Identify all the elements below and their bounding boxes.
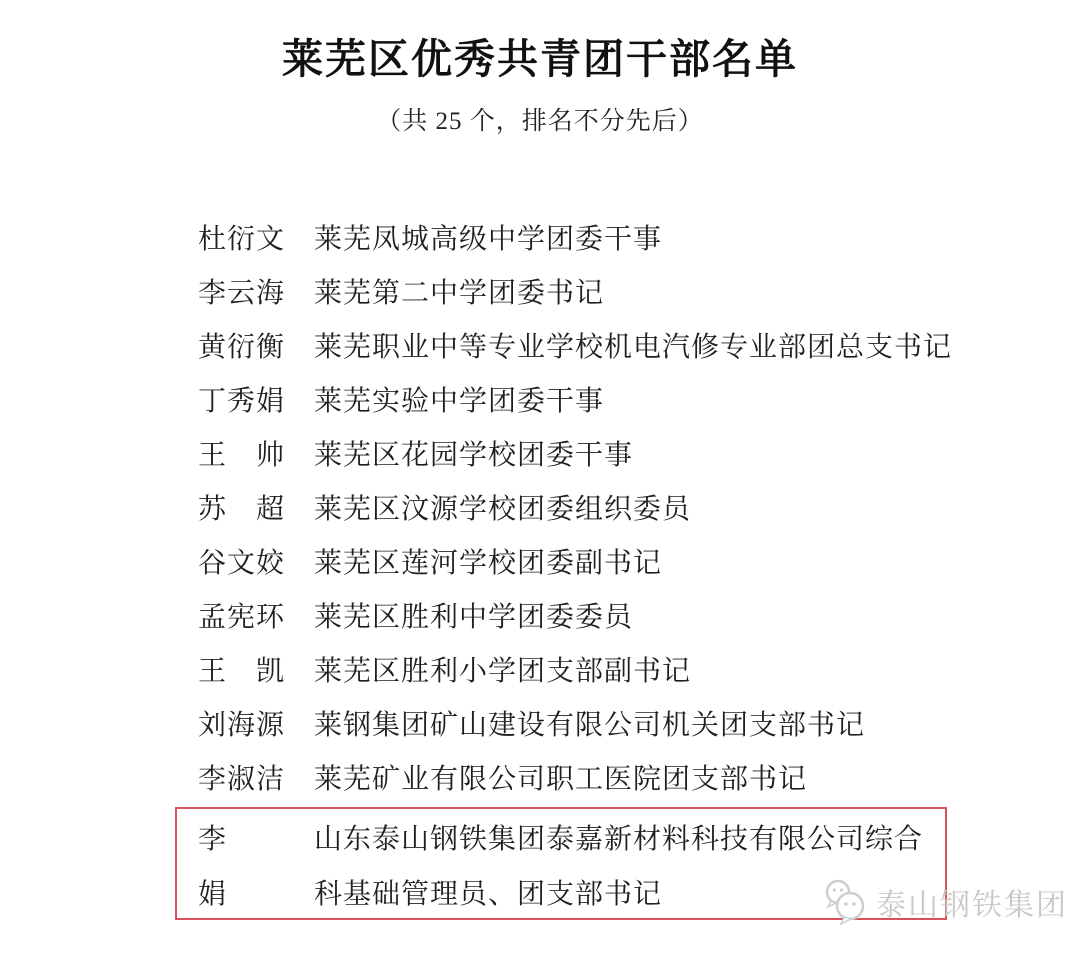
- cadre-name: 丁秀娟: [198, 379, 284, 419]
- cadre-position: 莱芜职业中等专业学校机电汽修专业部团总支书记: [314, 325, 952, 365]
- watermark-text: 泰山钢铁集团: [876, 880, 1068, 924]
- list-item: 黄衍衡 莱芜职业中等专业学校机电汽修专业部团总支书记: [198, 318, 998, 372]
- cadre-position: 莱芜区胜利中学团委委员: [314, 595, 633, 635]
- cadre-position: 莱芜矿业有限公司职工医院团支部书记: [314, 757, 807, 797]
- cadre-name: 李淑洁: [198, 757, 284, 797]
- cadre-name: 王 凯: [198, 649, 284, 689]
- list-item: 谷文姣 莱芜区莲河学校团委副书记: [198, 534, 998, 588]
- cadre-name: 苏 超: [198, 487, 284, 527]
- cadre-position: 莱芜区胜利小学团支部副书记: [314, 649, 691, 689]
- list-item: 刘海源 莱钢集团矿山建设有限公司机关团支部书记: [198, 696, 998, 750]
- list-item: 苏 超 莱芜区汶源学校团委组织委员: [198, 480, 998, 534]
- cadre-name: 黄衍衡: [198, 325, 284, 365]
- cadre-name: 孟宪环: [198, 595, 284, 635]
- cadre-name: 李云海: [198, 271, 284, 311]
- page-title: 莱芜区优秀共青团干部名单: [0, 26, 1080, 85]
- list-item: 丁秀娟 莱芜实验中学团委干事: [198, 372, 998, 426]
- cadre-position: 莱芜区花园学校团委干事: [314, 433, 633, 473]
- list-item: 孟宪环 莱芜区胜利中学团委委员: [198, 588, 998, 642]
- cadre-name: 李 娟: [198, 809, 284, 922]
- list-item: 王 帅 莱芜区花园学校团委干事: [198, 426, 998, 480]
- cadre-position: 莱芜第二中学团委书记: [314, 271, 604, 311]
- cadre-position-line1: 山东泰山钢铁集团泰嘉新材料科技有限公司综合: [314, 812, 923, 867]
- cadre-list: 杜衍文 莱芜凤城高级中学团委干事 李云海 莱芜第二中学团委书记 黄衍衡 莱芜职业…: [198, 210, 998, 804]
- cadre-name: 杜衍文: [198, 217, 284, 257]
- list-item: 李云海 莱芜第二中学团委书记: [198, 264, 998, 318]
- list-item: 李淑洁 莱芜矿业有限公司职工医院团支部书记: [198, 750, 998, 804]
- page-subtitle: （共 25 个，排名不分先后）: [0, 101, 1080, 137]
- list-item: 杜衍文 莱芜凤城高级中学团委干事: [198, 210, 998, 264]
- cadre-position: 莱芜凤城高级中学团委干事: [314, 217, 662, 257]
- cadre-name: 刘海源: [198, 703, 284, 743]
- cadre-position: 莱钢集团矿山建设有限公司机关团支部书记: [314, 703, 865, 743]
- wechat-chat-bubbles-icon: [820, 876, 872, 928]
- watermark: 泰山钢铁集团: [820, 876, 1068, 928]
- cadre-position: 莱芜实验中学团委干事: [314, 379, 604, 419]
- cadre-name: 王 帅: [198, 433, 284, 473]
- cadre-name: 谷文姣: [198, 541, 284, 581]
- list-item: 王 凯 莱芜区胜利小学团支部副书记: [198, 642, 998, 696]
- cadre-position: 莱芜区莲河学校团委副书记: [314, 541, 662, 581]
- cadre-position: 莱芜区汶源学校团委组织委员: [314, 487, 691, 527]
